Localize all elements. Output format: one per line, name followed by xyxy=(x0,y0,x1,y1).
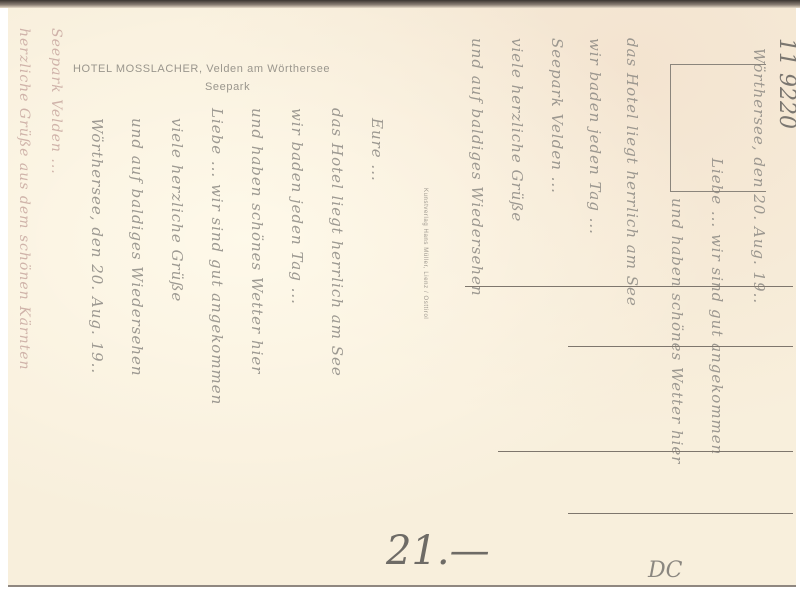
printed-hotel-title: HOTEL MOSSLACHER, Velden am Wörthersee xyxy=(73,63,330,75)
scan-top-edge xyxy=(0,0,800,8)
pencil-code-mark: DC xyxy=(648,558,682,583)
handwriting-column: viele herzliche Grüße xyxy=(508,38,526,222)
handwriting-column: Seepark Velden ... xyxy=(548,38,566,194)
handwriting-column: und haben schönes Wetter hier xyxy=(668,198,686,464)
pencil-price-mark: 21.— xyxy=(386,528,490,574)
handwriting-column: viele herzliche Grüße xyxy=(168,118,186,302)
stamp-box xyxy=(670,64,766,192)
address-line xyxy=(568,346,793,347)
handwriting-column: Liebe ... wir sind gut angekommen xyxy=(708,158,726,455)
handwriting-column: Seepark Velden ... xyxy=(48,28,64,175)
publisher-imprint: Kunstverlag Hans Müller, Lienz / Osttiro… xyxy=(422,188,428,428)
postcard-back: Wörthersee, den 20. Aug. 19.. Liebe ... … xyxy=(8,8,796,586)
handwriting-column: wir baden jeden Tag ... xyxy=(586,38,604,235)
handwriting-column: Wörthersee, den 20. Aug. 19.. xyxy=(88,118,106,374)
handwriting-column: herzliche Grüße aus dem schönen Kärnten xyxy=(16,28,32,371)
handwriting-column: wir baden jeden Tag ... xyxy=(288,108,306,305)
handwriting-column: und auf baldiges Wiedersehen xyxy=(468,38,486,297)
card-bottom-edge xyxy=(8,585,796,587)
address-line xyxy=(465,286,793,287)
address-line xyxy=(498,451,793,452)
handwriting-column: das Hotel liegt herrlich am See xyxy=(328,108,346,377)
handwriting-column: und haben schönes Wetter hier xyxy=(248,108,266,374)
archive-number: 11 9220 xyxy=(774,38,796,129)
printed-subtitle: Seepark xyxy=(205,81,250,93)
handwriting-column: Eure ... xyxy=(368,118,386,182)
address-line xyxy=(568,513,793,514)
handwriting-column: und auf baldiges Wiedersehen xyxy=(128,118,146,377)
handwriting-column: Liebe ... wir sind gut angekommen xyxy=(208,108,226,405)
handwriting-column: das Hotel liegt herrlich am See xyxy=(623,38,641,307)
